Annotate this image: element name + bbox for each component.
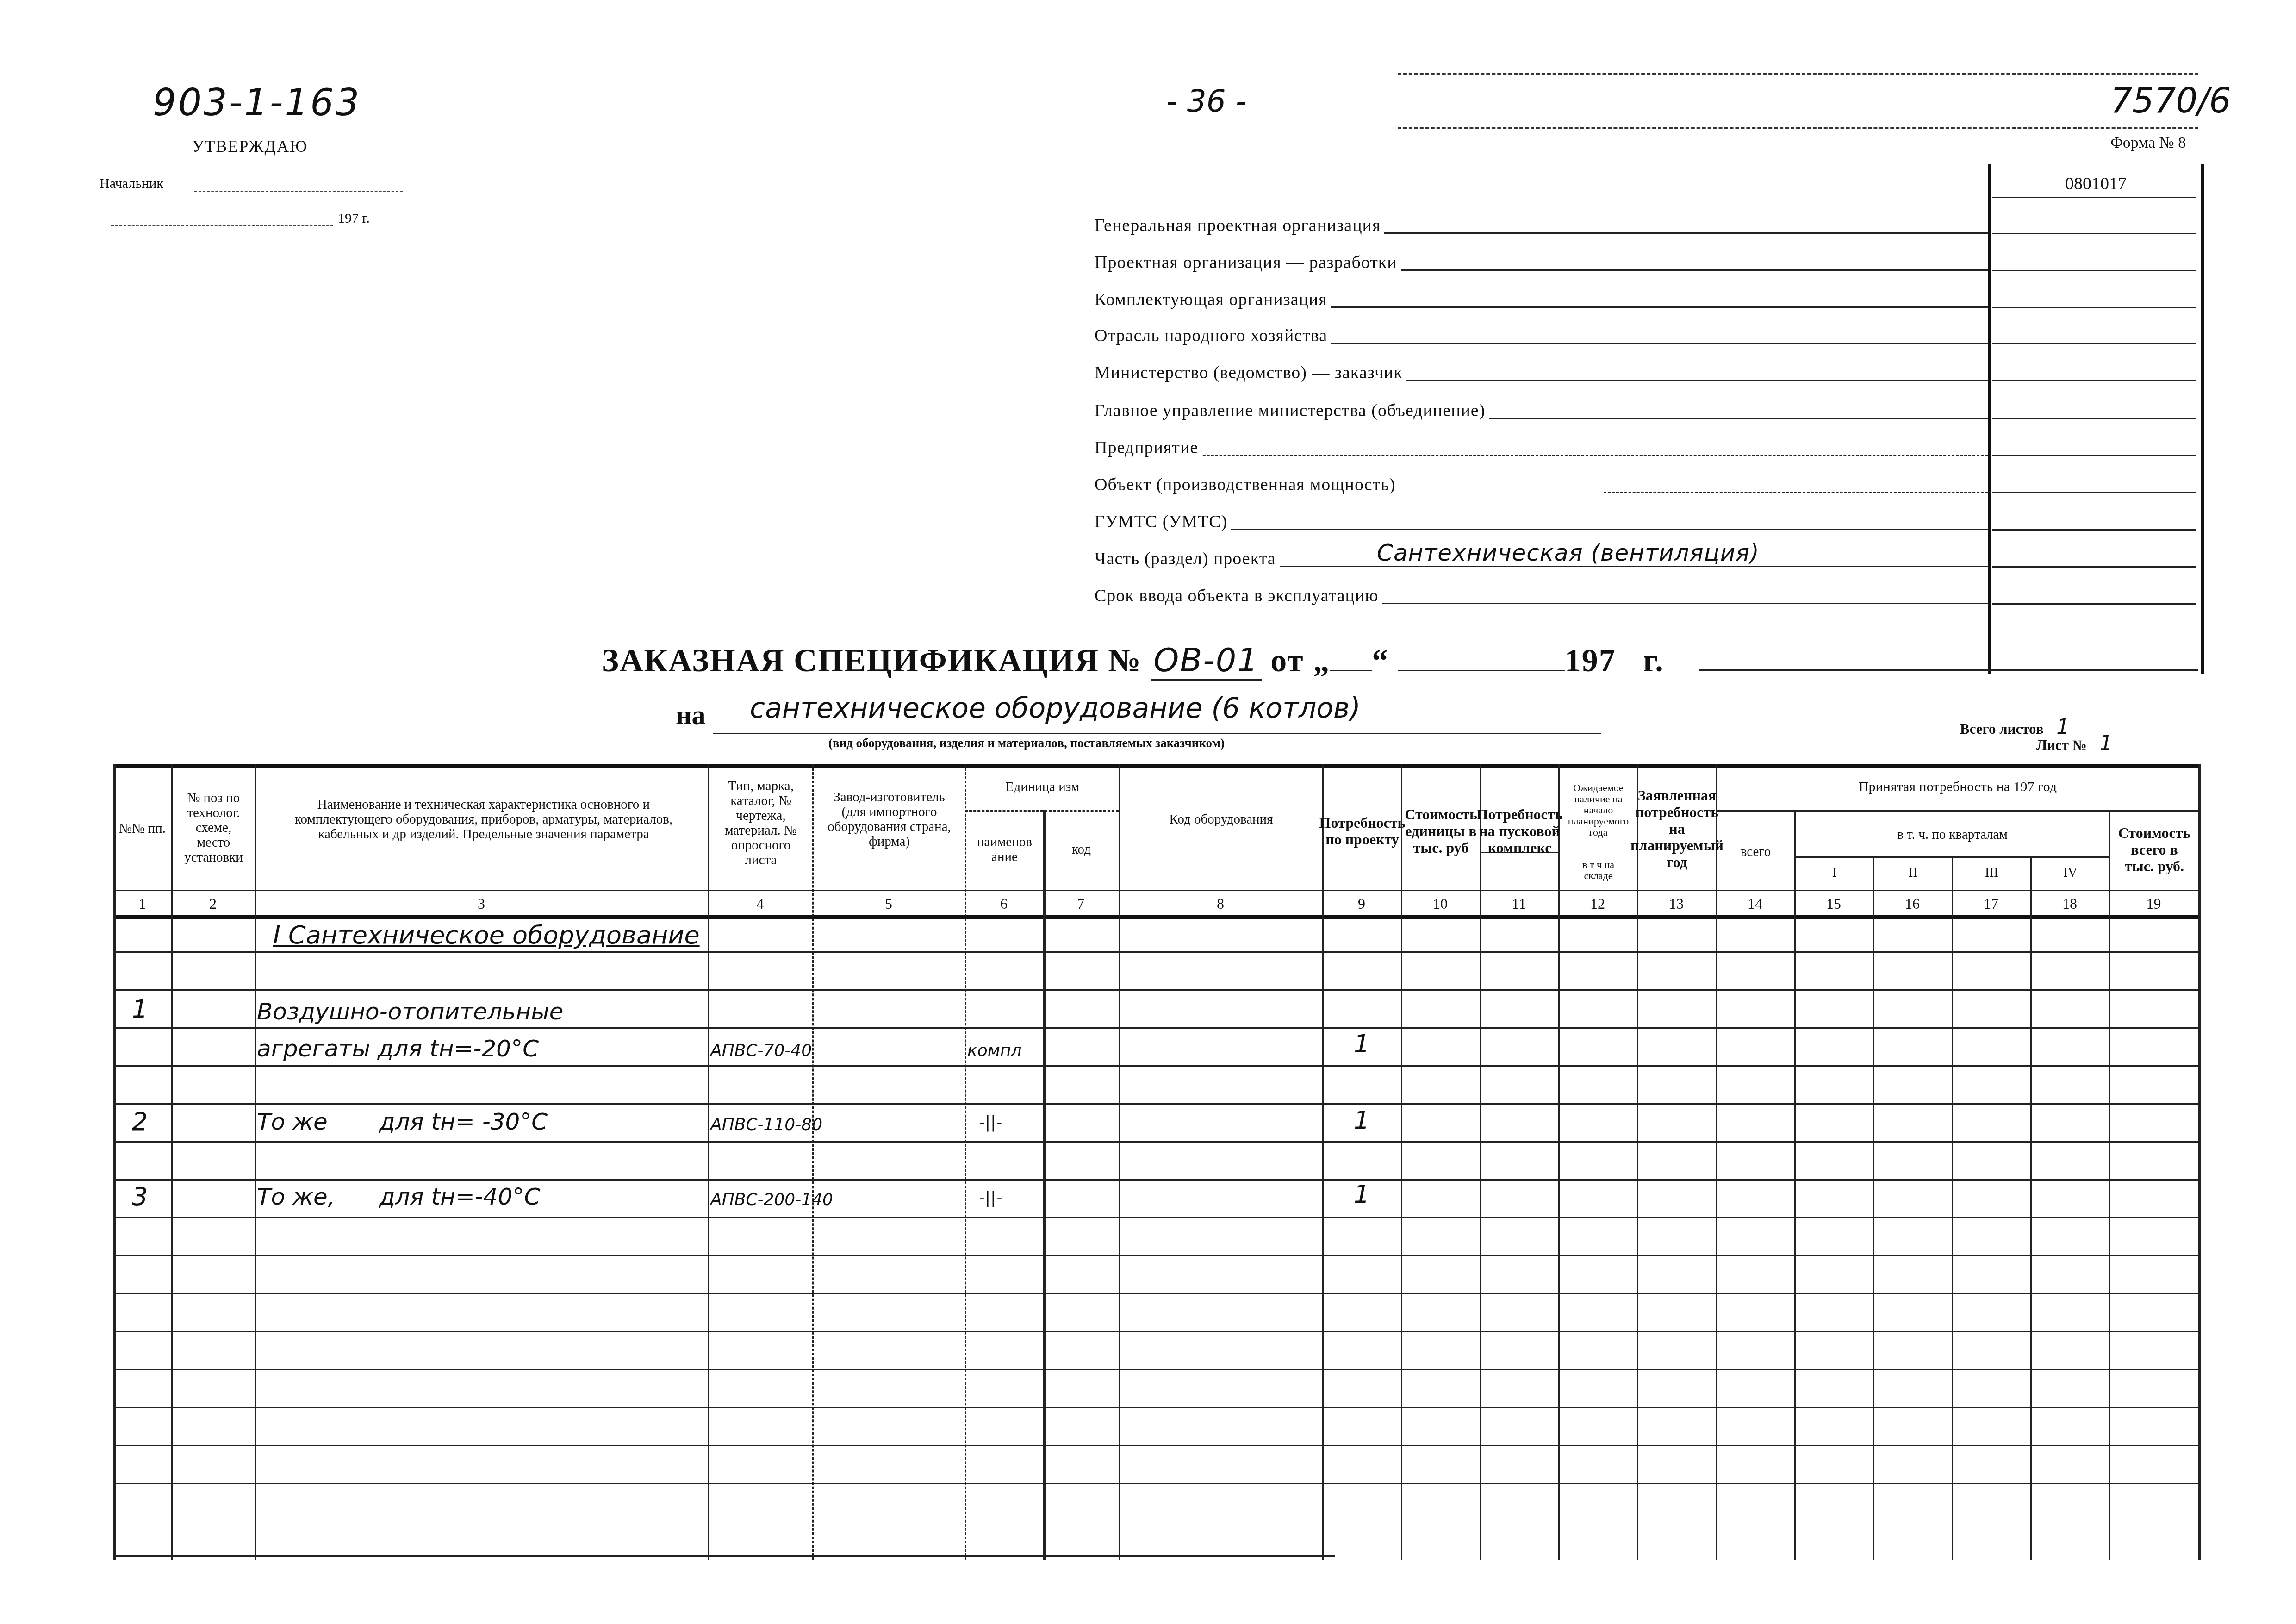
col-number: 2 bbox=[171, 893, 255, 914]
row-rule bbox=[113, 1217, 2198, 1218]
header-c1: №№ пп. bbox=[113, 782, 171, 875]
row-rule bbox=[113, 1555, 1335, 1557]
header-quarters-group: в т. ч. по кварталам bbox=[1796, 815, 2109, 854]
field-label: Генеральная проектная организация bbox=[1095, 215, 1384, 236]
col-number: 17 bbox=[1952, 893, 2030, 914]
field-enterprise[interactable]: Предприятие bbox=[1095, 433, 1988, 461]
row-rule bbox=[113, 1027, 2198, 1029]
header-accepted-group: Принятая потребность на 197 год bbox=[1717, 768, 2198, 806]
spec-number[interactable]: ОВ-01 bbox=[1151, 641, 1261, 681]
form-label: Форма № 8 bbox=[2110, 134, 2186, 152]
header-c8: Код оборудования bbox=[1120, 773, 1322, 866]
code-box-rule bbox=[1992, 343, 2196, 344]
spec-title: ЗАКАЗНАЯ СПЕЦИФИКАЦИЯ № ОВ-01 от „“ 197 … bbox=[602, 641, 1664, 680]
row-3-qty-project[interactable]: 1 bbox=[1354, 1181, 1369, 1208]
field-label: Предприятие bbox=[1095, 437, 1202, 458]
sheets-total-label: Всего листов bbox=[1960, 721, 2043, 737]
field-value: Сантехническая (вентиляция) bbox=[1377, 539, 1760, 566]
col-number: 15 bbox=[1794, 893, 1873, 914]
header-c11: Потребность на пусковой комплекс bbox=[1481, 773, 1558, 889]
chief-label: Начальник bbox=[100, 176, 163, 192]
header-c12: Ожидаемое наличие на начало планируемого… bbox=[1560, 771, 1637, 849]
code-box-rule bbox=[1992, 492, 2196, 493]
header-c6: наименование bbox=[966, 815, 1043, 884]
field-label: Проектная организация — разработки bbox=[1095, 252, 1401, 273]
field-commissioning-date[interactable]: Срок ввода объекта в эксплуатацию bbox=[1095, 581, 1988, 609]
row-1-unit[interactable]: компл bbox=[967, 1037, 1021, 1065]
field-label: Главное управление министерства (объедин… bbox=[1095, 400, 1489, 421]
code-box-rule bbox=[1992, 418, 2196, 419]
code-box-rule bbox=[1992, 197, 2196, 198]
field-label: Срок ввода объекта в эксплуатацию bbox=[1095, 586, 1382, 606]
header-c19: Стоимость всего в тыс. руб. bbox=[2110, 810, 2198, 889]
header-c12-sub: в т ч на складе bbox=[1560, 854, 1637, 887]
col-line bbox=[2030, 856, 2032, 1560]
col-number: 11 bbox=[1480, 893, 1558, 914]
code-box-value: 0801017 bbox=[1991, 174, 2201, 194]
header-c18: IV bbox=[2032, 859, 2109, 887]
row-3-num[interactable]: 3 bbox=[132, 1183, 148, 1211]
col-number: 7 bbox=[1043, 893, 1119, 914]
subject-value[interactable]: сантехническое оборудование (6 котлов) bbox=[750, 692, 1361, 725]
col-number: 8 bbox=[1119, 893, 1322, 914]
subject-on-label: на bbox=[676, 699, 706, 731]
row-2-name[interactable]: То же для tн= -30°С bbox=[257, 1108, 548, 1136]
code-box-rule bbox=[1992, 529, 2196, 531]
col-line bbox=[1873, 856, 1874, 1560]
field-ministry[interactable]: Министерство (ведомство) — заказчик bbox=[1095, 358, 1988, 386]
top-rule bbox=[1398, 127, 2198, 129]
unit-group-rule bbox=[965, 810, 1119, 812]
code-box-rule bbox=[1992, 307, 2196, 308]
col-number: 9 bbox=[1322, 893, 1401, 914]
code-box-rule bbox=[1992, 603, 2196, 605]
col-number: 14 bbox=[1716, 893, 1794, 914]
quarters-group-rule bbox=[1794, 856, 2109, 858]
row-rule bbox=[113, 1065, 2198, 1067]
header-c10: Стоимость единицы в тыс. руб bbox=[1402, 773, 1480, 889]
row-rule bbox=[113, 1445, 2198, 1446]
approval-date-year: 197 г. bbox=[338, 211, 370, 226]
col-number: 3 bbox=[255, 893, 708, 914]
field-main-directorate[interactable]: Главное управление министерства (объедин… bbox=[1095, 396, 1988, 424]
sheet-number-value: 1 bbox=[2100, 731, 2113, 755]
code-box-rule bbox=[1992, 270, 2196, 271]
row-1-name-cont[interactable]: агрегаты для tн=-20°С bbox=[257, 1035, 539, 1062]
row-rule bbox=[113, 1369, 2198, 1370]
col-number: 6 bbox=[965, 893, 1043, 914]
col-line bbox=[1952, 856, 1953, 1560]
field-completing-org[interactable]: Комплектующая организация bbox=[1095, 285, 1988, 312]
row-2-unit[interactable]: -||- bbox=[979, 1109, 1002, 1137]
header-unit-group: Единица изм bbox=[966, 771, 1119, 803]
title-quote: “ bbox=[1372, 643, 1389, 679]
col-number: 19 bbox=[2109, 893, 2198, 914]
page-number: - 36 - bbox=[1166, 83, 1247, 119]
header-c3: Наименование и техническая характеристик… bbox=[271, 773, 697, 866]
field-label: ГУМТС (УМТС) bbox=[1095, 512, 1231, 532]
col-line bbox=[812, 764, 814, 1560]
field-label: Отрасль народного хозяйства bbox=[1095, 325, 1331, 346]
title-year-suffix: г. bbox=[1643, 643, 1664, 679]
row-rule bbox=[113, 951, 2198, 953]
col-line bbox=[2198, 764, 2201, 1560]
header-c15: I bbox=[1796, 859, 1873, 887]
row-rule bbox=[113, 1179, 2198, 1181]
subject-rule bbox=[713, 733, 1601, 734]
table-header-border bbox=[113, 915, 2201, 919]
row-2-type[interactable]: АПВС-110-80 bbox=[710, 1111, 822, 1139]
col-number: 18 bbox=[2030, 893, 2109, 914]
sheet-code: 7570/6 bbox=[2110, 81, 2231, 121]
col-number: 13 bbox=[1637, 893, 1716, 914]
field-rule bbox=[1095, 455, 1988, 456]
col-line bbox=[113, 764, 116, 1560]
code-box-rule bbox=[1992, 380, 2196, 381]
col-number: 5 bbox=[812, 893, 965, 914]
header-c13: Заявленная потребность на планируемый го… bbox=[1638, 768, 1716, 889]
field-project-part[interactable]: Часть (раздел) проекта Сантехническая (в… bbox=[1095, 544, 1988, 572]
title-underline bbox=[1699, 669, 2198, 671]
col-number: 10 bbox=[1401, 893, 1480, 914]
field-industry[interactable]: Отрасль народного хозяйства bbox=[1095, 321, 1988, 349]
row-rule bbox=[113, 1483, 2198, 1484]
field-design-org[interactable]: Проектная организация — разработки bbox=[1095, 248, 1988, 275]
header-c9: Потребность по проекту bbox=[1324, 773, 1401, 889]
document-code: 903-1-163 bbox=[153, 81, 361, 124]
header-c14: всего bbox=[1717, 815, 1794, 889]
col-number: 12 bbox=[1558, 893, 1637, 914]
col-number: 16 bbox=[1873, 893, 1952, 914]
col-number: 4 bbox=[708, 893, 812, 914]
col-number: 1 bbox=[113, 893, 171, 914]
row-1-name[interactable]: Воздушно-отопительные bbox=[257, 998, 563, 1025]
row-1-num[interactable]: 1 bbox=[132, 995, 148, 1023]
header-c7: код bbox=[1044, 815, 1119, 884]
spec-table: №№ пп. № поз по технолог. схеме, место у… bbox=[113, 764, 2201, 1560]
header-c16: II bbox=[1874, 859, 1952, 887]
col-line bbox=[1119, 764, 1120, 1560]
header-c4: Тип, марка, каталог, № чертежа, материал… bbox=[709, 768, 812, 879]
chief-signature-line[interactable] bbox=[194, 191, 403, 192]
field-label: Объект (производственная мощность) bbox=[1095, 475, 1399, 495]
col-line bbox=[1794, 810, 1796, 1560]
colnum-rule bbox=[113, 890, 2198, 891]
row-rule bbox=[113, 1255, 2198, 1256]
header-c5: Завод-изготовитель (для импортного обору… bbox=[814, 773, 965, 866]
row-rule bbox=[113, 1331, 2198, 1332]
title-day-blank[interactable] bbox=[1330, 670, 1372, 671]
row-2-num[interactable]: 2 bbox=[132, 1108, 148, 1136]
section-title[interactable]: I Сантехническое оборудование bbox=[273, 921, 700, 949]
row-2-qty-project[interactable]: 1 bbox=[1354, 1106, 1369, 1134]
top-rule bbox=[1398, 73, 2198, 75]
col-line bbox=[1043, 810, 1046, 1560]
title-from: от „ bbox=[1270, 643, 1330, 679]
row-rule bbox=[113, 1293, 2198, 1294]
col-line bbox=[2109, 810, 2110, 1560]
row-rule bbox=[113, 1407, 2198, 1408]
row-1-qty-project[interactable]: 1 bbox=[1354, 1030, 1369, 1058]
row-rule bbox=[113, 1141, 2198, 1143]
col-line bbox=[708, 764, 709, 1560]
field-rule bbox=[1604, 492, 1988, 493]
code-box-rule bbox=[1992, 455, 2196, 456]
row-rule bbox=[113, 989, 2198, 991]
field-label: Министерство (ведомство) — заказчик bbox=[1095, 362, 1406, 383]
field-object[interactable]: Объект (производственная мощность) bbox=[1095, 470, 1988, 498]
row-3-name[interactable]: То же, для tн=-40°С bbox=[257, 1183, 540, 1211]
sheet-number-label: Лист № bbox=[2036, 737, 2087, 753]
col-line bbox=[255, 764, 256, 1560]
row-3-type[interactable]: АПВС-200-140 bbox=[710, 1186, 833, 1214]
row-rule bbox=[113, 1103, 2198, 1105]
title-month-blank[interactable] bbox=[1398, 670, 1565, 671]
subject-caption: (вид оборудования, изделия и материалов,… bbox=[828, 736, 1225, 750]
header-c17: III bbox=[1953, 859, 2030, 887]
field-label: Часть (раздел) проекта bbox=[1095, 549, 1280, 569]
row-1-type[interactable]: АПВС-70-40 bbox=[710, 1037, 812, 1065]
code-box-rule bbox=[1992, 233, 2196, 234]
field-gumts[interactable]: ГУМТС (УМТС) bbox=[1095, 507, 1988, 535]
code-box-rule bbox=[1992, 566, 2196, 568]
header-c2: № поз по технолог. схеме, место установк… bbox=[173, 768, 255, 888]
title-prefix: ЗАКАЗНАЯ СПЕЦИФИКАЦИЯ № bbox=[602, 643, 1142, 679]
table-top-border bbox=[113, 764, 2201, 768]
approve-label: УТВЕРЖДАЮ bbox=[192, 137, 308, 156]
field-label: Комплектующая организация bbox=[1095, 289, 1331, 310]
title-year: 197 bbox=[1565, 643, 1616, 679]
approval-date-line[interactable] bbox=[111, 225, 333, 226]
row-3-unit[interactable]: -||- bbox=[979, 1184, 1002, 1212]
sheet-number: Лист № 1 bbox=[2036, 731, 2113, 755]
field-general-design-org[interactable]: Генеральная проектная организация bbox=[1095, 211, 1988, 238]
